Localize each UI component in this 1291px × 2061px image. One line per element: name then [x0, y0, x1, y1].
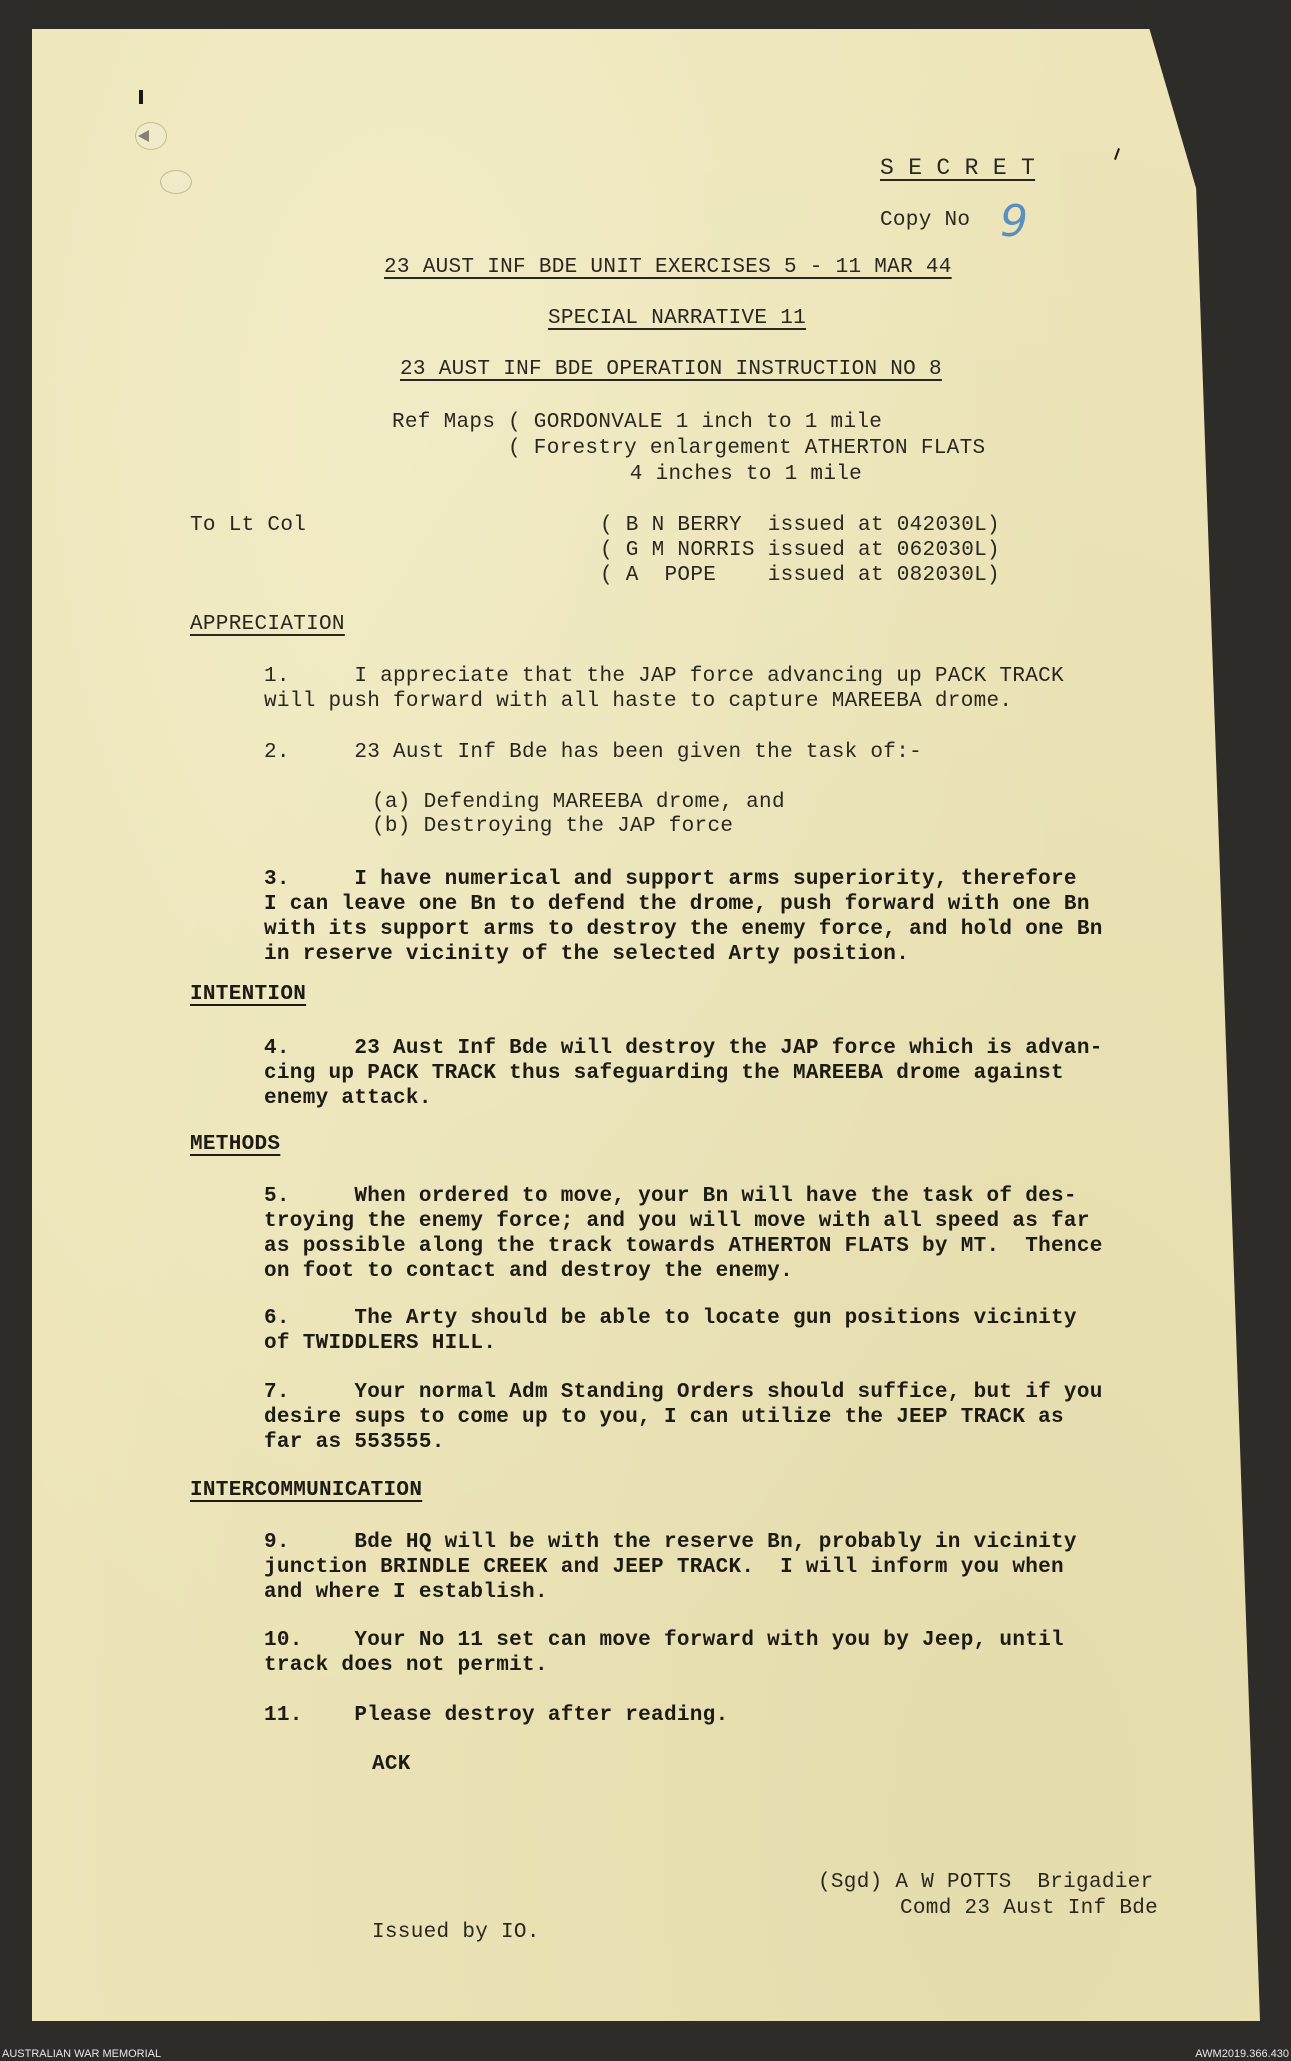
- title-narrative: SPECIAL NARRATIVE 11: [548, 306, 806, 331]
- ack-label: ACK: [372, 1752, 411, 1777]
- heading-intercommunication: INTERCOMMUNICATION: [190, 1478, 422, 1503]
- para-4-line-2: cing up PACK TRACK thus safeguarding the…: [264, 1061, 1064, 1086]
- issued-by: Issued by IO.: [372, 1920, 540, 1945]
- recipient-1: ( B N BERRY issued at 042030L): [600, 513, 1000, 538]
- para-10-line-2: track does not permit.: [264, 1653, 548, 1678]
- title-operation-instruction: 23 AUST INF BDE OPERATION INSTRUCTION NO…: [400, 357, 942, 382]
- signature-title: Comd 23 Aust Inf Bde: [900, 1896, 1158, 1921]
- para-7-line-1: 7. Your normal Adm Standing Orders shoul…: [264, 1380, 1103, 1405]
- para-7-line-2: desire sups to come up to you, I can uti…: [264, 1405, 1064, 1430]
- para-3-line-1: 3. I have numerical and support arms sup…: [264, 867, 1077, 892]
- para-10-line-1: 10. Your No 11 set can move forward with…: [264, 1628, 1064, 1653]
- punch-hole: [160, 170, 192, 194]
- to-label: To Lt Col: [190, 513, 306, 538]
- para-7-line-3: far as 553555.: [264, 1430, 445, 1455]
- para-3-line-4: in reserve vicinity of the selected Arty…: [264, 942, 909, 967]
- copy-label: Copy No: [880, 208, 970, 233]
- ref-map-3: 4 inches to 1 mile: [604, 462, 862, 487]
- punch-hole: [135, 122, 167, 150]
- heading-methods: METHODS: [190, 1132, 280, 1157]
- para-1-line-2: will push forward with all haste to capt…: [264, 689, 1012, 714]
- para-9-line-1: 9. Bde HQ will be with the reserve Bn, p…: [264, 1530, 1077, 1555]
- para-5-line-1: 5. When ordered to move, your Bn will ha…: [264, 1184, 1077, 1209]
- para-9-line-3: and where I establish.: [264, 1580, 548, 1605]
- footer-accession-number: AWM2019.366.430: [1195, 2048, 1289, 2060]
- para-6-line-1: 6. The Arty should be able to locate gun…: [264, 1306, 1077, 1331]
- signature-line: (Sgd) A W POTTS Brigadier: [818, 1870, 1153, 1895]
- recipient-2: ( G M NORRIS issued at 062030L): [600, 538, 1000, 563]
- heading-intention: INTENTION: [190, 982, 306, 1007]
- classification-label: S E C R E T: [880, 156, 1035, 181]
- ref-map-1: ( GORDONVALE 1 inch to 1 mile: [508, 410, 882, 435]
- para-3-line-2: I can leave one Bn to defend the drome, …: [264, 892, 1090, 917]
- para-5-line-4: on foot to contact and destroy the enemy…: [264, 1259, 793, 1284]
- para-2: 2. 23 Aust Inf Bde has been given the ta…: [264, 740, 922, 765]
- footer-archive-name: AUSTRALIAN WAR MEMORIAL: [2, 2048, 161, 2060]
- para-4-line-1: 4. 23 Aust Inf Bde will destroy the JAP …: [264, 1036, 1103, 1061]
- para-2-item-b: (b) Destroying the JAP force: [372, 814, 733, 839]
- heading-appreciation: APPRECIATION: [190, 612, 345, 637]
- recipient-3: ( A POPE issued at 082030L): [600, 563, 1000, 588]
- para-11: 11. Please destroy after reading.: [264, 1703, 728, 1728]
- copy-number: 9: [1000, 196, 1028, 247]
- para-3-line-3: with its support arms to destroy the ene…: [264, 917, 1103, 942]
- para-5-line-2: troying the enemy force; and you will mo…: [264, 1209, 1090, 1234]
- para-2-item-a: (a) Defending MAREEBA drome, and: [372, 790, 785, 815]
- para-5-line-3: as possible along the track towards ATHE…: [264, 1234, 1103, 1259]
- title-exercises: 23 AUST INF BDE UNIT EXERCISES 5 - 11 MA…: [384, 255, 952, 280]
- para-1-line-1: 1. I appreciate that the JAP force advan…: [264, 664, 1064, 689]
- tear-mark: [139, 90, 143, 104]
- ref-maps-label: Ref Maps: [392, 410, 495, 435]
- para-6-line-2: of TWIDDLERS HILL.: [264, 1331, 496, 1356]
- para-4-line-3: enemy attack.: [264, 1086, 432, 1111]
- ref-map-2: ( Forestry enlargement ATHERTON FLATS: [508, 436, 985, 461]
- para-9-line-2: junction BRINDLE CREEK and JEEP TRACK. I…: [264, 1555, 1064, 1580]
